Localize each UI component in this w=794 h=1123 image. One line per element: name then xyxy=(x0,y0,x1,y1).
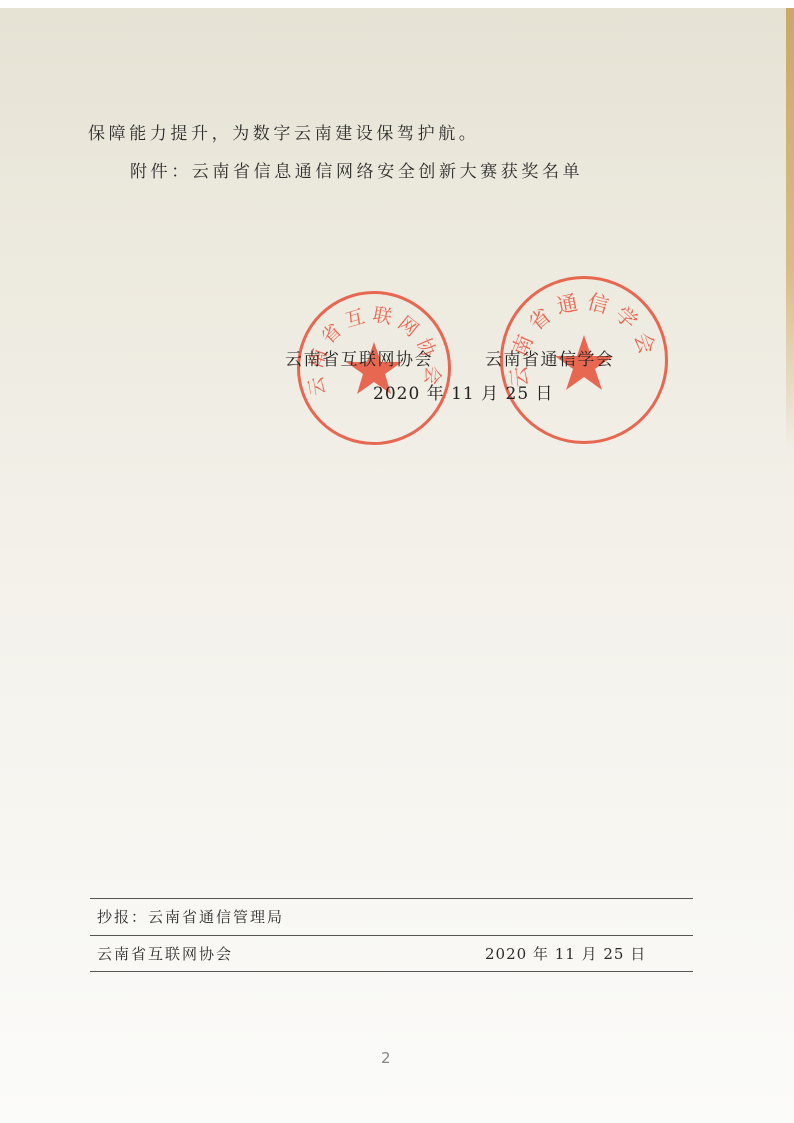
issuing-organization: 云南省互联网协会 xyxy=(97,944,233,964)
paragraph-end: 保障能力提升，为数字云南建设保驾护航。 xyxy=(88,123,479,145)
page-number: 2 xyxy=(381,1049,391,1067)
signatory-org-2: 云南省通信学会 xyxy=(485,349,615,371)
signature-date: 2020 年 11 月 25 日 xyxy=(373,383,554,405)
footer-divider-middle xyxy=(90,935,693,936)
attachment-note: 附件：云南省信息通信网络安全创新大赛获奖名单 xyxy=(130,161,583,183)
issue-date: 2020 年 11 月 25 日 xyxy=(485,944,646,964)
footer-divider-top xyxy=(90,898,693,899)
signatory-org-1: 云南省互联网协会 xyxy=(285,349,433,371)
cc-recipients: 抄报：云南省通信管理局 xyxy=(97,907,284,927)
document-page: 保障能力提升，为数字云南建设保驾护航。 附件：云南省信息通信网络安全创新大赛获奖… xyxy=(0,8,794,1123)
footer-divider-bottom xyxy=(90,971,693,972)
